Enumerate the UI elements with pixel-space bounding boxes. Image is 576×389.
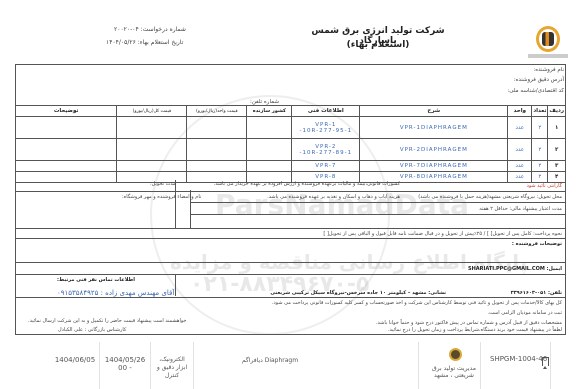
request-number-label: شماره درخواست: [141,26,186,33]
row-total-price[interactable] [117,117,187,139]
address-line: نشانی: مشهد – کیلومتر ۱۰ جاده سرخس-نیروگ… [270,290,446,296]
row-notes[interactable] [16,139,117,161]
col-tech: اطلاعات فنی [292,106,360,117]
row-unit-price[interactable] [187,139,247,161]
row-notes[interactable] [16,117,117,139]
col-notes: توضیحات [16,106,117,117]
footer-note: لطفاً در پیشنهاد قیمت خود برند دستگاه،شر… [388,327,562,333]
org-logo-icon [449,348,462,361]
row-unit-price[interactable] [187,161,247,172]
listing-end-date: 1404/06/05 [52,356,98,364]
row-number: ۴ [548,172,566,183]
row-country[interactable] [247,139,292,161]
email-label: ایمیل: [547,266,562,272]
row-notes[interactable] [16,161,117,172]
seller-address-label: آدرس دقیق فروشنده: [514,77,564,83]
logo-emblem-icon [542,32,554,46]
row-qty: ۲ [532,161,548,172]
email-value: SHARIATI.PPC@GMAIL.COM [468,266,545,272]
tech-line: 10R-277-95-1- [293,128,358,134]
inquiry-date-value: ۱۴۰۴/۰۵/۲۶ [106,39,136,46]
row-number: ۳ [548,161,566,172]
row-unit: عدد [508,139,532,161]
divider [15,228,566,229]
footer-note: ثبت در سامانه مودیان الزامی است. [488,310,562,316]
divider [175,180,176,228]
row-qty: ۲ [532,117,548,139]
row-unit: عدد [508,161,532,172]
start-time: 00 - [102,364,148,372]
divider [190,202,566,203]
row-country[interactable] [247,117,292,139]
phone-value: ۰۵۱-۳۳۹۶۱۶۰۳ [511,290,547,296]
request-number: شماره درخواست: ۰۴-۲۰۰۲۰ [114,26,186,33]
payment-terms: نحوه پرداخت: کامل پس از تحویل[ ] / ۲۵٪پی… [323,231,562,237]
start-date: 1404/05/26 [102,356,148,364]
col-row: ردیف [548,106,566,117]
listing-start-date: 1404/05/26 00 - [102,356,148,372]
seller-notes-label: توضیحات فروشنده : [512,241,562,247]
col-unit-price: قیمت واحد(ریال/یورو) [187,106,247,117]
divider [99,342,100,389]
divider [15,191,566,192]
row-total-price[interactable] [117,161,187,172]
delivery-place: محل تحویل: نیروگاه شریعتی مشهد(هزینه حمل… [418,194,562,200]
col-unit: واحد [508,106,532,117]
transport-cost: هزینه ایاب و ذهاب و اسکان و تغذیه بر عهد… [267,194,400,200]
inquiry-date: تاریخ استعلام بهاء: ۱۴۰۴/۰۵/۲۶ [106,39,183,46]
delivery-time-label: مدت تحویل: [150,181,176,187]
org-line: مدیریت تولید برق [420,365,488,372]
footer-request: خواهشمند است پیشنهاد قیمت حاضر را تکمیل … [28,318,187,324]
phone-line: تلفن: ۰۵۱-۳۳۹۶۱۶۰۳ [511,290,562,296]
seller-economic-code-label: کد اقتصادی/شناسه ملی: [507,88,564,94]
row-qty: ۲ [532,139,548,161]
signature-label: نام و امضاء فروشنده و مهر فروشگاه: [122,194,201,200]
request-number-value: ۰۴-۲۰۰۲۰ [114,26,139,33]
tender-listing-row[interactable] [0,342,576,389]
logo-caption [528,54,568,58]
row-unit: عدد [508,117,532,139]
validity-note: مدت اعتبار پیشنهاد مالی: حداقل ۲ هفته [479,206,562,212]
category-line: کنترل [152,372,192,380]
listing-category: الکترونیک، ابزار دقیق و کنترل [152,356,192,380]
tax-note: کسورات قانونی،بیمه و مالیات برعهده فروشن… [214,181,400,187]
table-row: ۱ ۲ عدد VPR-1DIAPHRAGEM VPR-110R-277-95-… [16,117,566,139]
row-country[interactable] [247,161,292,172]
col-country: کشور سازنده [247,106,292,117]
table-row: ۳ ۲ عدد VPR-7DIAPHRAGEM VPR-7 [16,161,566,172]
inquiry-date-label: تاریخ استعلام بهاء: [138,39,184,46]
table-row: ۲ ۲ عدد VPR-2DIAPHRAGEM VPR-210R-277-89-… [16,139,566,161]
row-tech: VPR-210R-277-89-1- [292,139,360,161]
tech-person[interactable]: آقای مهندس مهدی زاده : ۰۹۱۵۳۵۸۴۹۲۵ [57,289,174,297]
table-header-row: ردیف تعداد واحد شرح اطلاعات فنی کشور ساز… [16,106,566,117]
col-desc: شرح [360,106,508,117]
footer-note: مشخصات دقیق از قبیل آدرس و شماره تماس در… [376,320,562,326]
company-logo [536,26,560,52]
tech-line: 10R-277-89-1- [293,150,358,156]
row-desc: VPR-7DIAPHRAGEM [360,161,508,172]
divider [190,214,566,215]
listing-code[interactable]: SHPGM-1004-46 [490,355,547,363]
inquiry-page: ParsNamadData پایگاه اطلاع رسانی مناقصه … [0,0,576,389]
row-total-price[interactable] [117,139,187,161]
seller-name-label: نام فروشنده: [533,67,564,73]
listing-title[interactable]: Diaphragm دیافراگم [220,357,320,364]
row-tech: VPR-110R-277-95-1- [292,117,360,139]
row-unit-price[interactable] [187,117,247,139]
divider [15,262,566,263]
divider [193,342,194,389]
row-qty: ۲ [532,172,548,183]
row-number: ۲ [548,139,566,161]
row-notes[interactable] [16,172,117,183]
tech-contact-label: اطلاعات تماس نفر فنی مرتبط: [57,277,135,283]
row-unit: عدد [508,172,532,183]
row-tech: VPR-7 [292,161,360,172]
org-line: شریعتی ، مشهد [420,372,488,379]
divider [175,274,176,296]
items-table: ردیف تعداد واحد شرح اطلاعات فنی کشور ساز… [15,105,566,183]
phone-label: تلفن: [548,290,562,296]
row-desc: VPR-1DIAPHRAGEM [360,117,508,139]
col-total-price: قیمت کل(ریال/یورو) [117,106,187,117]
commercial-expert: کارشناس بازرگانی : علی الکبادل [58,327,126,333]
row-desc: VPR-2DIAPHRAGEM [360,139,508,161]
divider [15,274,566,275]
divider [15,297,566,298]
divider [418,342,419,389]
col-qty: تعداد [532,106,548,117]
row-number: ۱ [548,117,566,139]
footer-note: کل بهای کالا/خدمات پس از تحویل و تائید ف… [272,300,562,306]
email-line: ایمیل: SHARIATI.PPC@GMAIL.COM [468,266,562,272]
category-line: الکترونیک، [152,356,192,364]
divider [15,238,566,239]
document-type: (استعلام بهاء) [298,40,458,50]
divider [150,342,151,389]
warranty-note: گارانتی تائید شود [527,183,562,189]
category-line: ابزار دقیق و [152,364,192,372]
divider [550,342,551,389]
listing-org: مدیریت تولید برق شریعتی ، مشهد [420,365,488,379]
